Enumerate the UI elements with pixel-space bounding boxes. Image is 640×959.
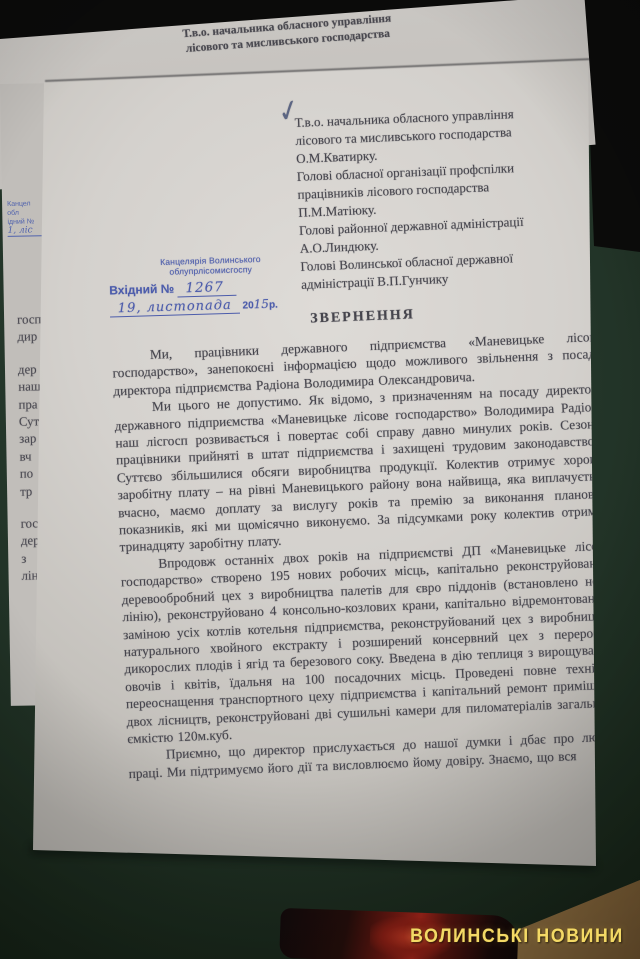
letter-body: ЗВЕРНЕННЯ Ми, працівники державного підп…	[110, 300, 618, 782]
stamp-number-handwritten: 1267	[177, 279, 236, 298]
stamp-year-handwritten: 15	[253, 297, 269, 311]
letter-sheet: ✓ Т.в.о. начальника обласного управління…	[0, 0, 640, 959]
stamp-office-name: Канцелярія Волинського облупрлісомисгосп…	[108, 252, 313, 278]
letter-paragraph: Ми цього не допустимо. Як відомо, з приз…	[114, 380, 610, 556]
addressee-block: Т.в.о. начальника обласного управління л…	[294, 102, 611, 294]
stamp-year-suffix: р.	[269, 300, 278, 311]
letter-content: ✓ Т.в.о. начальника обласного управління…	[44, 38, 632, 860]
document-photo: Т.в.о. начальника обласного управління л…	[0, 0, 640, 959]
registry-stamp: Канцелярія Волинського облупрлісомисгосп…	[108, 252, 314, 316]
stamp-year-prefix: 20	[242, 300, 253, 311]
stamp-number-row: Вхідний № 1267	[109, 276, 313, 298]
back-stamp-fragment-handwriting: 1, ліс	[7, 226, 41, 237]
news-watermark: ВОЛИНСЬКІ НОВИНИ	[410, 926, 624, 948]
stamp-field-label: Вхідний №	[109, 282, 174, 298]
back-sheet-stamp-fragment: Канцел обл ідний № 1, ліс	[7, 199, 48, 237]
letter-paragraph: Впродовж останніх двох років на підприєм…	[120, 537, 617, 748]
